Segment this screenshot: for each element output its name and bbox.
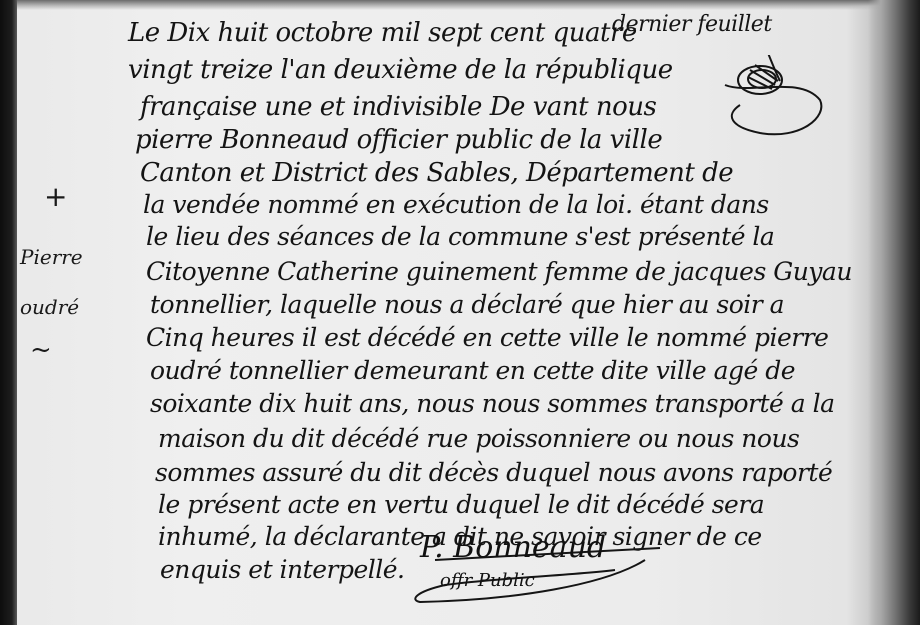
record-line-11: oudré tonnellier demeurant en cette dite… [150, 356, 795, 385]
record-line-6: la vendée nommé en exécution de la loi. … [143, 190, 769, 219]
record-line-8: Citoyenne Catherine guinement femme de j… [146, 257, 852, 286]
record-line-13: maison du dit décédé rue poissonniere ou… [158, 424, 799, 453]
record-line-9: tonnellier, laquelle nous a déclaré que … [150, 290, 784, 319]
record-line-15: le présent acte en vertu duquel le dit d… [158, 490, 764, 519]
record-line-5: Canton et District des Sables, Départeme… [140, 158, 733, 188]
record-line-4: pierre Bonneaud officier public de la vi… [135, 125, 662, 155]
scanned-register-page: + Pierre oudré ~ Le Dix huit octobre mil… [0, 0, 920, 625]
top-right-note: dernier feuillet [612, 12, 772, 37]
top-edge-shadow [17, 0, 920, 10]
record-line-17: enquis et interpellé. [160, 555, 404, 584]
signature-name: P. Bonneaud [420, 530, 606, 565]
margin-cross-mark: + [44, 180, 67, 213]
record-line-14: sommes assuré du dit décès duquel nous a… [155, 458, 832, 487]
record-line-12: soixante dix huit ans, nous nous sommes … [150, 389, 835, 418]
page-binding-shadow [0, 0, 17, 625]
margin-name-first: Pierre [20, 245, 83, 269]
record-line-2: vingt treize l'an deuxième de la républi… [128, 55, 673, 85]
paraph-flourish-icon [720, 55, 830, 145]
margin-name-last: oudré [20, 295, 79, 319]
record-line-1: Le Dix huit octobre mil sept cent quatre [128, 18, 637, 48]
record-line-10: Cinq heures il est décédé en cette ville… [146, 323, 828, 352]
margin-flourish: ~ [30, 335, 52, 365]
page-right-edge [868, 0, 920, 625]
signature-title: offr Public [440, 570, 535, 591]
record-line-7: le lieu des séances de la commune s'est … [146, 222, 774, 251]
record-line-3: française une et indivisible De vant nou… [140, 92, 656, 122]
